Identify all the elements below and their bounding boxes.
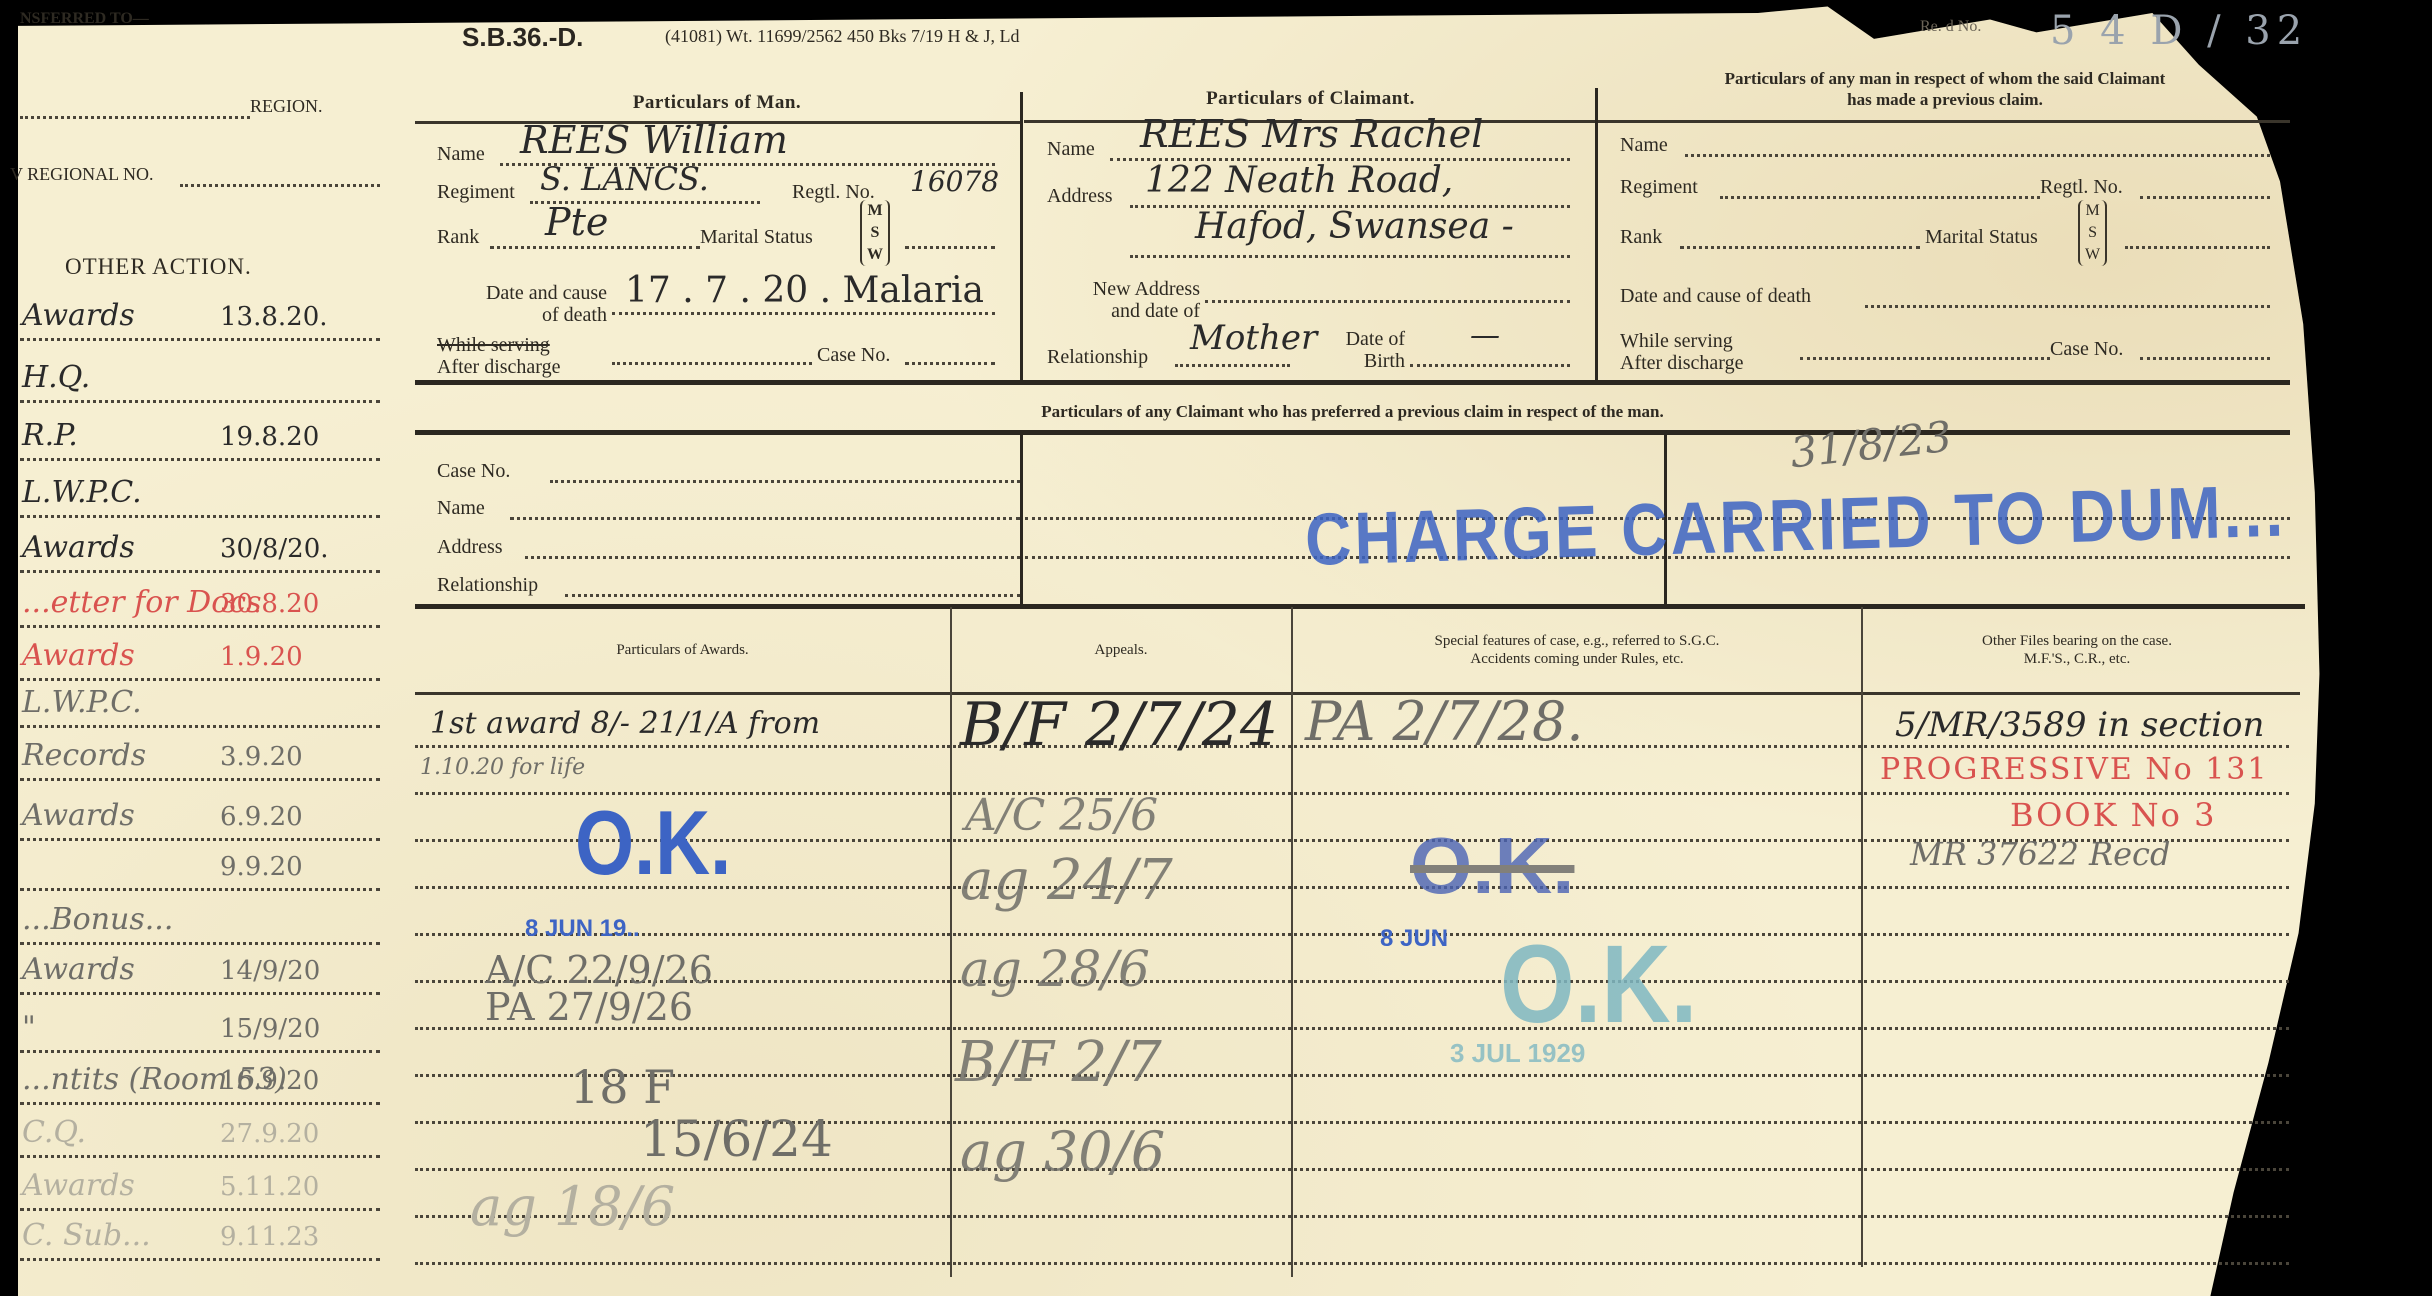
man-name-value: REES William [520,118,788,162]
awards-divider-2 [1291,607,1293,1277]
awards-ok-stamp-date: 8 JUN 19.. [525,915,640,943]
man-rank-value: Pte [545,200,608,244]
col-awards-header: Particulars of Awards. [415,642,950,659]
other-action-line [20,725,380,728]
appeal-entry: B/F 2/7/24 [960,690,1278,760]
other-action-date: 1.9.20 [220,642,303,672]
other-action-entry: Awards [22,530,135,565]
awards-ruled-line [953,933,1291,936]
form-code: S.B.36.-D. [462,22,583,53]
other-action-entry: C.Q. [22,1115,86,1150]
previous-claimant-top-rule [415,430,2290,435]
other-action-line [20,992,380,995]
marital-option-m: M [867,200,883,222]
prev-name-line [1685,154,2270,157]
awards-ruled-line [1864,1168,2289,1171]
other-action-line [20,625,380,628]
other-action-date: 19.8.20 [220,422,319,452]
awards-ruled-line [415,1262,950,1265]
man-death-line [612,312,995,315]
new-address-label-1: New Address [1045,278,1200,300]
previous-claim-title-1: Particulars of any man in respect of who… [1600,68,2290,89]
awards-ruled-line [1294,839,1861,842]
prev-serving-label: While serving After discharge [1620,330,1743,374]
claimant-dob-label: Date of Birth [1335,328,1405,372]
awards-ruled-line [953,1215,1291,1218]
other-action-date: 27.9.20 [220,1119,319,1149]
awards-ruled-line [1864,745,2289,748]
other-action-entry: Awards [22,952,135,987]
other-file-entry: 5/MR/3589 in section [1895,705,2264,745]
other-action-entry: C. Sub... [22,1218,151,1253]
col-special-header-1: Special features of case, e.g., referred… [1293,632,1861,650]
claimant-address-label: Address [1047,185,1113,208]
registered-no-label: Re. d No. [1920,18,1981,36]
other-action-entry: Records [22,738,146,773]
other-action-date: 15/9/20 [220,1014,320,1044]
new-address-label-2: and date of [1045,300,1200,322]
special-entry-1: PA 2/7/28. [1305,690,1584,753]
appeal-entry: A/C 25/6 [965,790,1158,841]
award-entry-1: 1st award 8/- 21/1/A from [430,706,820,741]
claimant-address-value-2: Hafod, Swansea - [1195,206,1514,247]
prev-regiment-line [1720,196,2040,199]
top-block-bottom-rule [415,380,2290,385]
other-action-line [20,942,380,945]
prevc-divider-1 [1020,433,1023,605]
prevc-relationship-label: Relationship [437,574,538,597]
appeal-entry: ag 30/6 [960,1120,1165,1183]
claimant-section-title: Particulars of Claimant. [1024,88,1597,110]
other-action-date: 5.11.20 [220,1172,319,1202]
col-appeals-header: Appeals. [951,642,1291,659]
awards-ruled-line [415,1074,950,1077]
award-entry-7: ag 18/6 [470,1175,675,1238]
awards-ruled-line [1864,1262,2289,1265]
claimant-new-address-label: New Address and date of [1045,278,1200,322]
awards-ruled-line [1294,1262,1861,1265]
other-action-line [20,1050,380,1053]
man-claimant-divider [1020,92,1023,382]
appeal-entry: B/F 2/7 [955,1030,1162,1095]
other-action-date: 30.8.20 [220,589,319,619]
awards-ruled-line [1294,1121,1861,1124]
regional-no-line [180,184,380,187]
man-marital-options: M S W [860,200,890,266]
prev-rank-line [1680,246,1920,249]
other-action-line [20,838,380,841]
prev-regtl-no-line [2140,196,2270,199]
other-action-date: 30/8/20. [220,534,329,564]
award-entry-6: 15/6/24 [640,1110,833,1168]
marital-option-w: W [867,244,883,266]
previous-claimant-bottom-rule [415,604,2305,609]
awards-ruled-line [953,1262,1291,1265]
awards-ruled-line [415,933,950,936]
other-action-line [20,1208,380,1211]
man-after-discharge: After discharge [437,356,560,378]
claimant-address-line-2 [1130,255,1570,258]
awards-ruled-line [415,745,950,748]
dob-label-1: Date of [1335,328,1405,350]
awards-ruled-line [1294,1215,1861,1218]
region-label: REGION. [250,96,323,117]
prev-marital-s: S [2085,222,2100,244]
claimant-relationship-line [1175,364,1290,367]
other-action-entry: R.P. [22,418,78,453]
other-action-entry: Awards [22,298,135,333]
prevc-name-label: Name [437,497,485,520]
man-while-serving-label: While serving After discharge [437,334,560,378]
other-action-line [20,1102,380,1105]
previous-claim-title-2: has made a previous claim. [1600,89,2290,110]
other-file-entry: BOOK No 3 [2010,796,2216,834]
marital-option-s: S [867,222,883,244]
claimant-name-label: Name [1047,138,1095,161]
man-rank-line [490,246,700,249]
award-entry-4: PA 27/9/26 [485,985,693,1029]
other-action-entry: Awards [22,638,135,673]
other-action-line [20,1258,380,1261]
prev-name-label: Name [1620,134,1668,157]
other-action-date: 3.9.20 [220,742,303,772]
man-while-serving: While serving [437,334,560,356]
col-other-header-1: Other Files bearing on the case. [1862,632,2292,650]
awards-ruled-line [1864,792,2289,795]
prev-case-no-line [2140,357,2270,360]
other-action-date: 6.9.20 [220,802,303,832]
prev-death-line [1865,305,2270,308]
awards-ruled-line [415,1168,950,1171]
awards-ruled-line [1864,886,2289,889]
prev-regtl-no-label: Regtl. No. [2040,176,2123,199]
special-ok-stamp-2-date: 3 JUL 1929 [1450,1038,1585,1069]
other-action-line [20,338,380,341]
transferred-to-label: NSFERRED TO— [20,10,149,28]
man-case-no-label: Case No. [817,344,890,367]
man-death-label: Date and cause of death [437,282,607,326]
prev-marital-line [2125,246,2270,249]
awards-divider-3 [1861,607,1863,1267]
man-discharge-line [612,362,812,365]
awards-divider-1 [950,607,952,1277]
claimant-address-value-1: 122 Neath Road, [1145,160,1453,201]
other-action-date: 9.11.23 [220,1222,319,1252]
prev-rank-label: Rank [1620,226,1662,249]
awards-ok-stamp: O.K. [575,791,731,895]
man-regiment-value: S. LANCS. [540,160,709,198]
prevc-case-no-label: Case No. [437,460,510,483]
prevc-name-line [510,517,1020,520]
other-action-entry: Awards [22,1168,135,1203]
man-regtl-no-value: 16078 [910,165,999,198]
award-entry-5: 18 F [570,1060,675,1114]
other-action-line [20,570,380,573]
man-death-label-2: of death [437,304,607,326]
other-action-date: 13.8.20. [220,302,328,332]
man-regiment-label: Regiment [437,181,515,204]
man-name-label: Name [437,143,485,166]
prev-case-no-label: Case No. [2050,338,2123,361]
other-action-line [20,888,380,891]
prevc-relationship-line [565,594,1020,597]
claimant-dob-line [1410,364,1570,367]
claimant-relationship-value: Mother [1190,318,1317,358]
other-action-line [20,458,380,461]
other-action-line [20,1155,380,1158]
man-death-value: 17 . 7 . 20 . Malaria [625,270,984,311]
awards-ruled-line [1864,1215,2289,1218]
other-action-line [20,678,380,681]
other-action-entry: H.Q. [22,360,90,395]
other-action-date: 16.9.20 [220,1066,319,1096]
other-action-entry: ...Bonus... [22,902,173,937]
other-action-entry: L.W.P.C. [22,475,142,510]
awards-ruled-line [1864,1074,2289,1077]
registered-no-value: 5 4 D / 32 [2050,8,2308,54]
man-rank-label: Rank [437,226,479,249]
appeal-entry: ag 24/7 [960,848,1173,913]
other-action-entry: " [22,1010,36,1045]
man-death-label-1: Date and cause [437,282,607,304]
prev-marital-m: M [2085,200,2100,222]
prev-marital-label: Marital Status [1925,226,2038,249]
claimant-previous-divider [1595,88,1598,383]
prev-marital-options: M S W [2078,200,2107,266]
prev-marital-w: W [2085,244,2100,266]
regional-no-label: V REGIONAL NO. [10,164,154,185]
awards-ruled-line [1294,1074,1861,1077]
previous-claim-title: Particulars of any man in respect of who… [1600,68,2290,110]
col-special-header-2: Accidents coming under Rules, etc. [1293,650,1861,668]
awards-ruled-line [1864,1027,2289,1030]
prevc-address-line [525,556,1020,559]
col-other-header-2: M.F.'S., C.R., etc. [1862,650,2292,668]
man-section-title: Particulars of Man. [412,92,1022,114]
other-action-date: 9.9.20 [220,852,303,882]
other-action-line [20,400,380,403]
appeal-entry: ag 28/6 [960,940,1150,998]
prev-death-label: Date and cause of death [1620,285,1811,308]
awards-ruled-line [1294,1168,1861,1171]
dob-label-2: Birth [1335,350,1405,372]
man-marital-line [905,246,995,249]
other-file-entry: MR 37622 Recd [1910,835,2170,873]
man-case-no-line [905,362,995,365]
other-file-entry: PROGRESSIVE No 131 [1880,752,2268,787]
prevc-address-label: Address [437,536,503,559]
awards-ruled-line [1864,980,2289,983]
col-other-header: Other Files bearing on the case. M.F.'S.… [1862,632,2292,668]
other-action-date: 14/9/20 [220,956,320,986]
other-action-line [20,515,380,518]
other-action-title: OTHER ACTION. [65,254,252,280]
prevc-case-no-line [550,480,1020,483]
other-action-entry: L.W.P.C. [22,685,142,720]
awards-ruled-line [1294,792,1861,795]
awards-ruled-line [1294,886,1861,889]
prev-discharge-line [1800,357,2050,360]
awards-ruled-line [1864,1121,2289,1124]
claimant-relationship-label: Relationship [1047,346,1148,369]
prev-regiment-label: Regiment [1620,176,1698,199]
prev-while-serving: While serving [1620,330,1743,352]
col-special-header: Special features of case, e.g., referred… [1293,632,1861,668]
prev-after-discharge: After discharge [1620,352,1743,374]
previous-claimant-title: Particulars of any Claimant who has pref… [415,402,2290,422]
claimant-name-value: REES Mrs Rachel [1140,112,1483,156]
claimant-new-address-line [1205,300,1570,303]
region-line [20,116,250,119]
award-entry-2: 1.10.20 for life [420,755,585,780]
claimant-dob-value: — [1470,318,1500,353]
special-ok-stamp-2: O.K. [1500,922,1697,1049]
other-action-line [20,778,380,781]
man-marital-label: Marital Status [700,226,813,249]
other-action-entry: Awards [22,798,135,833]
special-ok-stamp-1: O.K. [1410,820,1574,912]
print-info: (41081) Wt. 11699/2562 450 Bks 7/19 H & … [665,26,1020,47]
awards-ruled-line [1864,933,2289,936]
special-ok-stamp-1-date: 8 JUN [1380,925,1448,953]
